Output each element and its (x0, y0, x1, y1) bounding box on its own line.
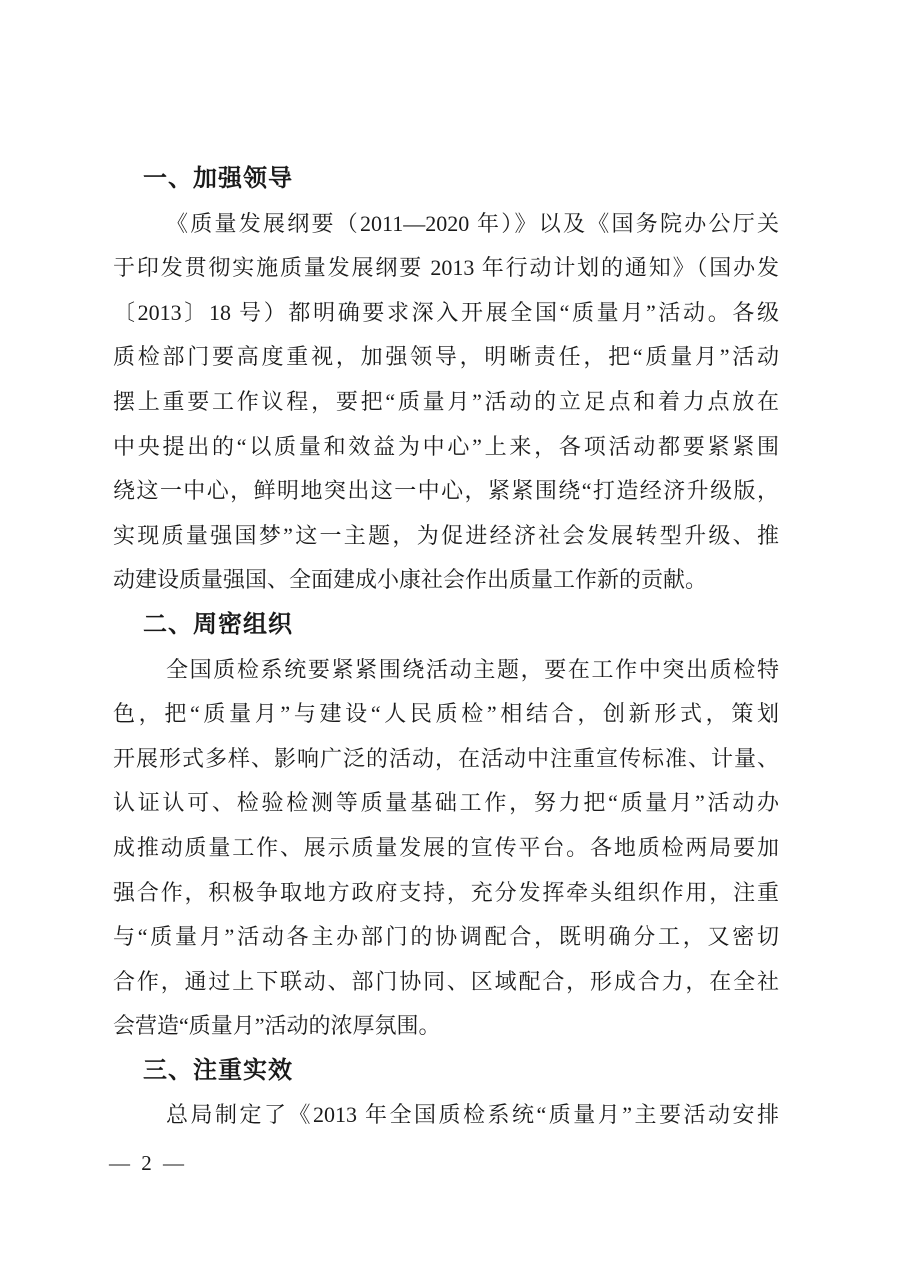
document-body: 一、加强领导 《质量发展纲要（2011—2020 年）》以及《国务院办公厅关于印… (113, 157, 779, 1138)
body-line: 会营造“质量月”活动的浓厚氛围。 (113, 1004, 779, 1049)
body-line: 成推动质量工作、展示质量发展的宣传平台。各地质检两局要加 (113, 826, 779, 871)
body-line: 全国质检系统要紧紧围绕活动主题，要在工作中突出质检特 (113, 648, 779, 693)
page-number: — 2 — (109, 1141, 187, 1185)
body-line: 开展形式多样、影响广泛的活动，在活动中注重宣传标准、计量、 (113, 737, 779, 782)
section-heading: 二、周密组织 (113, 603, 779, 648)
section-heading: 一、加强领导 (113, 157, 779, 202)
body-line: 于印发贯彻实施质量发展纲要 2013 年行动计划的通知》（国办发 (113, 246, 779, 291)
body-line: 质检部门要高度重视，加强领导，明晰责任，把“质量月”活动 (113, 335, 779, 380)
section-paragraph: 《质量发展纲要（2011—2020 年）》以及《国务院办公厅关于印发贯彻实施质量… (113, 202, 779, 603)
section-heading: 三、注重实效 (113, 1049, 779, 1094)
section-paragraph: 全国质检系统要紧紧围绕活动主题，要在工作中突出质检特色，把“质量月”与建设“人民… (113, 648, 779, 1049)
body-line: 中央提出的“以质量和效益为中心”上来，各项活动都要紧紧围 (113, 425, 779, 470)
body-line: 〔2013〕18 号）都明确要求深入开展全国“质量月”活动。各级 (113, 291, 779, 336)
body-line: 强合作，积极争取地方政府支持，充分发挥牵头组织作用，注重 (113, 871, 779, 916)
section-zhoumi-zuzhi: 二、周密组织 全国质检系统要紧紧围绕活动主题，要在工作中突出质检特色，把“质量月… (113, 603, 779, 1049)
body-line: 认证认可、检验检测等质量基础工作，努力把“质量月”活动办 (113, 781, 779, 826)
body-line: 实现质量强国梦”这一主题，为促进经济社会发展转型升级、推 (113, 514, 779, 559)
body-line: 色，把“质量月”与建设“人民质检”相结合，创新形式，策划 (113, 692, 779, 737)
body-line: 总局制定了《2013 年全国质检系统“质量月”主要活动安排 (113, 1093, 779, 1138)
section-zhuzhong-shixiao: 三、注重实效 总局制定了《2013 年全国质检系统“质量月”主要活动安排 (113, 1049, 779, 1138)
body-line: 动建设质量强国、全面建成小康社会作出质量工作新的贡献。 (113, 558, 779, 603)
section-paragraph: 总局制定了《2013 年全国质检系统“质量月”主要活动安排 (113, 1093, 779, 1138)
section-jiaqiang-lingdao: 一、加强领导 《质量发展纲要（2011—2020 年）》以及《国务院办公厅关于印… (113, 157, 779, 603)
body-line: 与“质量月”活动各主办部门的协调配合，既明确分工，又密切 (113, 915, 779, 960)
body-line: 《质量发展纲要（2011—2020 年）》以及《国务院办公厅关 (113, 202, 779, 247)
body-line: 绕这一中心，鲜明地突出这一中心，紧紧围绕“打造经济升级版， (113, 469, 779, 514)
body-line: 摆上重要工作议程，要把“质量月”活动的立足点和着力点放在 (113, 380, 779, 425)
body-line: 合作，通过上下联动、部门协同、区域配合，形成合力，在全社 (113, 960, 779, 1005)
document-page: 一、加强领导 《质量发展纲要（2011—2020 年）》以及《国务院办公厅关于印… (0, 0, 900, 1273)
